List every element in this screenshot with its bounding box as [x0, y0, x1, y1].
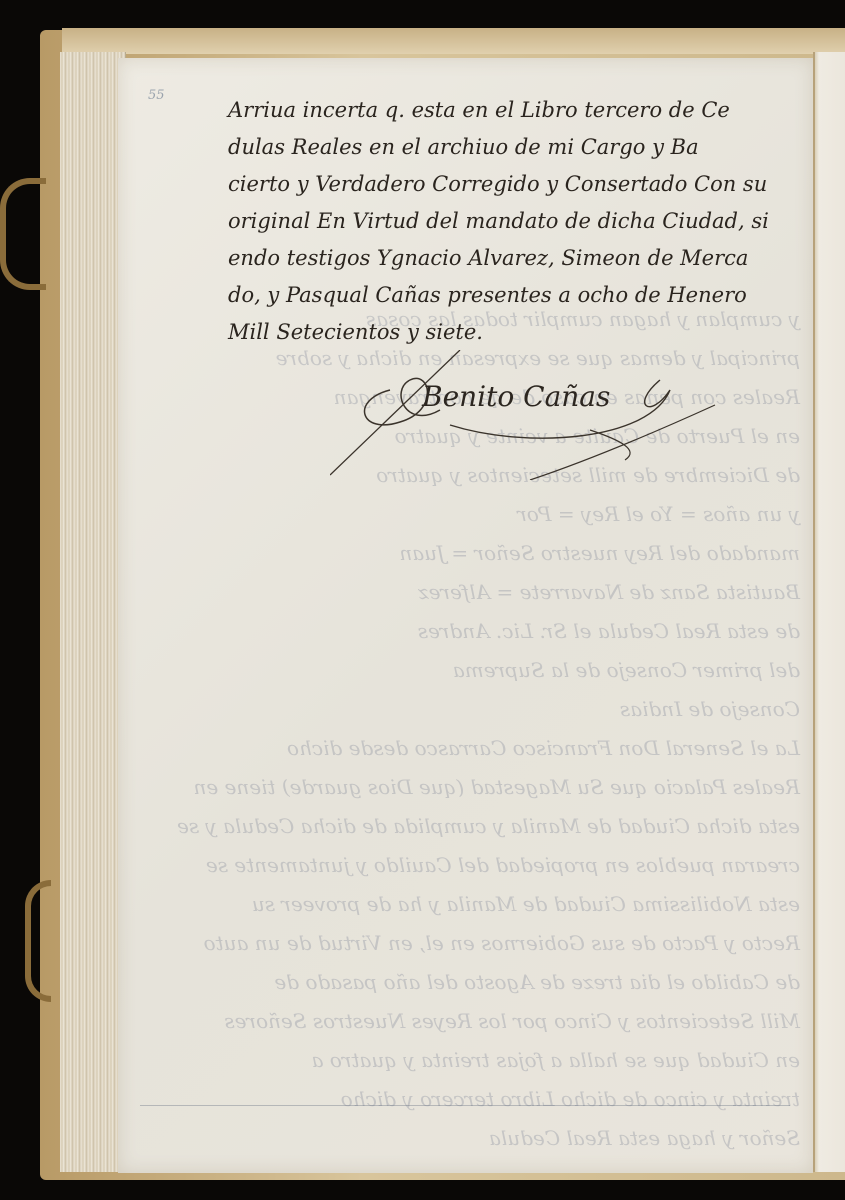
- text-line: dulas Reales en el archiuo de mi Cargo y…: [228, 129, 818, 166]
- text-line: Mill Setecientos y siete.: [228, 314, 818, 351]
- text-line: do, y Pasqual Cañas presentes a ocho de …: [228, 277, 818, 314]
- text-line: cierto y Verdadero Corregido y Consertad…: [228, 166, 818, 203]
- signature-rubric-icon: [330, 350, 720, 480]
- folio-number: 55: [148, 88, 165, 103]
- binding-strap-bottom: [25, 880, 51, 1002]
- text-line: endo testigos Ygnacio Alvarez, Simeon de…: [228, 240, 818, 277]
- binding-strap-top: [0, 178, 46, 290]
- book-top-edge: [62, 28, 845, 54]
- text-line: Arriua incerta q. esta en el Libro terce…: [228, 92, 818, 129]
- text-line: original En Virtud del mandato de dicha …: [228, 203, 818, 240]
- page-stack-edges: [60, 52, 126, 1172]
- manuscript-text: Arriua incerta q. esta en el Libro terce…: [228, 92, 818, 351]
- signature: Benito Cañas: [330, 350, 720, 480]
- signature-name: Benito Cañas: [422, 380, 610, 413]
- page-ruling-line: [140, 1105, 790, 1106]
